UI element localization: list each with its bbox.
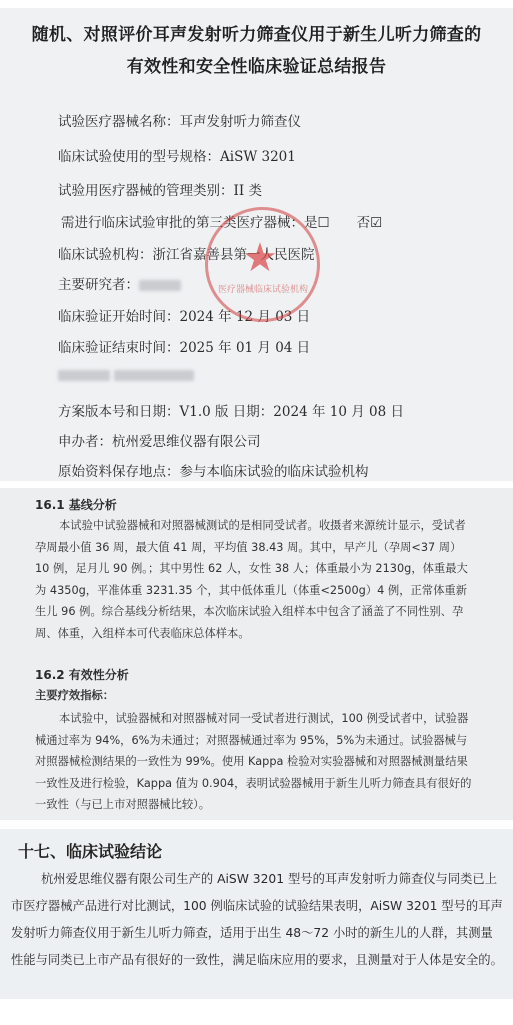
field-sponsor: 申办者：杭州爱思维仪器有限公司: [58, 430, 261, 450]
report-title-line1: 随机、对照评价耳声发射听力筛查仪用于新生儿听力筛查的: [0, 20, 513, 45]
report-title-line2: 有效性和安全性临床验证总结报告: [0, 52, 513, 77]
field-class: 试验用医疗器械的管理类别：II 类: [58, 179, 262, 199]
redacted-investigator: [139, 280, 181, 291]
institution-stamp: ★ 医疗器械临床试验机构: [205, 207, 320, 322]
field-investigator: 主要研究者：: [58, 273, 181, 293]
field-data-location: 原始资料保存地点：参与本临床试验的临床试验机构: [58, 460, 369, 480]
field-end-date: 临床验证结束时间：2025 年 01 月 04 日: [58, 336, 310, 356]
redacted-protocol-label: [58, 370, 110, 381]
baseline-paragraph: 本试验中试验器械和对照器械测试的是相同受试者。收摄者来源统计显示，受试者孕周最小…: [35, 515, 475, 644]
redacted-protocol-number: [114, 370, 194, 381]
conclusion-paragraph: 杭州爱思维仪器有限公司生产的 AiSW 3201 型号的耳声发射听力筛查仪与同类…: [11, 866, 503, 974]
stamp-text: 医疗器械临床试验机构: [218, 282, 308, 295]
primary-endpoint-label: 主要疗效指标：: [35, 685, 475, 707]
field-protocol-number: [58, 367, 194, 383]
field-device-name: 试验医疗器械名称：耳声发射听力筛查仪: [58, 110, 301, 130]
heading-17-conclusion: 十七、临床试验结论: [18, 839, 162, 862]
heading-16-1: 16.1 基线分析: [35, 496, 117, 513]
field-protocol-version: 方案版本号和日期：V1.0 版 日期：2024 年 10 月 08 日: [58, 400, 404, 420]
efficacy-paragraph: 本试验中，试验器械和对照器械对同一受试者进行测试，100 例受试者中，试验器械通…: [35, 708, 475, 816]
star-icon: ★: [242, 238, 278, 278]
heading-16-2: 16.2 有效性分析: [35, 666, 129, 683]
field-model: 临床试验使用的型号规格：AiSW 3201: [58, 145, 296, 165]
